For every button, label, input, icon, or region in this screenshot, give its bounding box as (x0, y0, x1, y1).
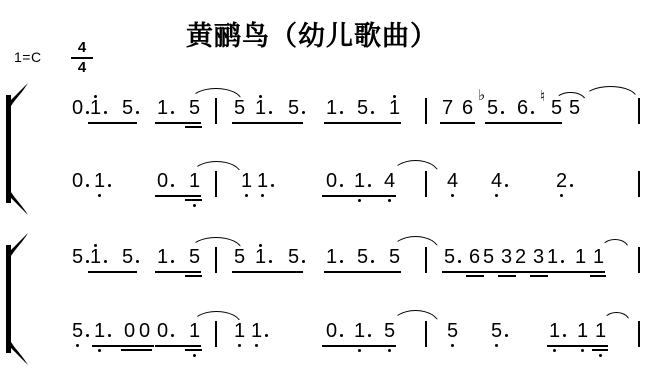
duration-underline (324, 271, 401, 273)
note-digit: 5 (122, 98, 133, 118)
octave-dot-above (94, 95, 97, 98)
augmentation-dot (269, 260, 272, 263)
octave-dot-below (76, 344, 79, 347)
note-digit: 1 (241, 171, 252, 191)
duration-underline (530, 275, 548, 277)
note-digit: 1 (547, 247, 558, 267)
octave-dot-below (358, 199, 361, 202)
augmentation-dot (531, 111, 534, 114)
note-digit: 1 (354, 321, 365, 341)
tie-slur-arc (392, 310, 439, 324)
note-digit: 5 (234, 247, 245, 267)
bar-line (425, 171, 427, 197)
note-digit: 1 (326, 247, 337, 267)
octave-dot-below (193, 204, 196, 207)
note-digit: 2 (515, 247, 526, 267)
octave-dot-below (238, 344, 241, 347)
bar-line (425, 321, 427, 347)
octave-dot-above (259, 244, 262, 247)
note-digit: 0 (72, 171, 83, 191)
augmentation-dot (570, 184, 573, 187)
note-digit: 7 (442, 98, 453, 118)
octave-dot-below (245, 194, 248, 197)
note-digit: 5 (551, 98, 562, 118)
augmentation-dot (104, 260, 107, 263)
augmentation-dot (368, 334, 371, 337)
octave-dot-below (451, 344, 454, 347)
note-digit: 6 (517, 98, 528, 118)
note-digit: 5 (444, 247, 455, 267)
duration-underline (547, 345, 608, 347)
duration-underline (485, 122, 562, 124)
note-digit: 0 (157, 321, 168, 341)
note-digit: 5 (288, 247, 299, 267)
augmentation-dot (340, 260, 343, 263)
duration-underline (185, 126, 202, 128)
augmentation-dot (108, 184, 111, 187)
octave-dot-below (388, 349, 391, 352)
note-digit: 1 (575, 247, 586, 267)
duration-underline (92, 345, 154, 347)
note-digit: 1 (90, 247, 101, 267)
note-digit: 1 (94, 321, 105, 341)
note-digit: 1 (189, 171, 200, 191)
note-digit: 4 (384, 171, 395, 191)
note-digit: 0 (326, 171, 337, 191)
note-digit: 5 (357, 98, 368, 118)
augmentation-dot (171, 260, 174, 263)
duration-underline (440, 122, 475, 124)
note-digit: 5 (384, 321, 395, 341)
note-digit: 0 (139, 321, 150, 341)
note-digit: 5 (189, 98, 200, 118)
note-digit: 3 (501, 247, 512, 267)
note-digit: 1 (94, 171, 105, 191)
note-digit: 1 (255, 247, 266, 267)
note-digit: 3 (533, 247, 544, 267)
augmentation-dot (561, 260, 564, 263)
duration-underline (155, 345, 201, 347)
duration-underline (185, 275, 202, 277)
augmentation-dot (340, 111, 343, 114)
note-digit: 4 (491, 171, 502, 191)
octave-dot-below (451, 194, 454, 197)
duration-underline (155, 122, 201, 124)
note-digit: 1 (549, 321, 560, 341)
bar-line (215, 98, 217, 124)
duration-underline (324, 122, 401, 124)
note-digit: 5 (491, 321, 502, 341)
note-digit: 0 (72, 98, 83, 118)
augmentation-dot (501, 111, 504, 114)
sheet-music-page: 1=C 4 4 黄鹂鸟（幼儿歌曲） 0151551515176565501011… (0, 0, 649, 368)
system-bracket-icon (2, 233, 30, 365)
note-digit: 5 (483, 247, 494, 267)
duration-underline (121, 349, 152, 351)
duration-underline (185, 199, 202, 201)
octave-dot-below (495, 344, 498, 347)
note-digit: 5 (447, 321, 458, 341)
tie-slur-arc (392, 236, 439, 250)
bar-line (215, 171, 217, 197)
score-area: 0151551515176565501011101444251515515155… (0, 0, 649, 368)
note-digit: 5 (122, 247, 133, 267)
augmentation-dot (104, 111, 107, 114)
augmentation-dot (302, 111, 305, 114)
note-digit: 5 (72, 321, 83, 341)
octave-dot-below (581, 349, 584, 352)
octave-dot-below (388, 199, 391, 202)
duration-underline (155, 195, 201, 197)
note-digit: 1 (577, 321, 588, 341)
augmentation-dot (136, 111, 139, 114)
note-digit: 1 (593, 247, 604, 267)
duration-underline (498, 275, 516, 277)
note-digit: 0 (124, 321, 135, 341)
tie-slur-arc (584, 86, 637, 98)
note-digit: 5 (288, 98, 299, 118)
octave-dot-below (495, 194, 498, 197)
note-digit: 1 (389, 98, 400, 118)
flat-accidental-icon: ♭ (478, 88, 485, 103)
tie-slur-arc (603, 312, 630, 322)
tie-slur-arc (192, 161, 241, 174)
augmentation-dot (108, 334, 111, 337)
augmentation-dot (563, 334, 566, 337)
augmentation-dot (271, 184, 274, 187)
augmentation-dot (458, 260, 461, 263)
augmentation-dot (340, 184, 343, 187)
duration-underline (442, 271, 605, 273)
octave-dot-below (255, 344, 258, 347)
bar-line (638, 171, 640, 197)
note-digit: 1 (595, 321, 606, 341)
octave-dot-below (553, 349, 556, 352)
system-bracket-icon (2, 83, 30, 215)
augmentation-dot (340, 334, 343, 337)
octave-dot-below (560, 194, 563, 197)
augmentation-dot (371, 260, 374, 263)
bar-line (425, 247, 427, 273)
bar-line (638, 321, 640, 347)
augmentation-dot (86, 111, 89, 114)
bar-line (638, 247, 640, 273)
octave-dot-below (98, 349, 101, 352)
augmentation-dot (86, 260, 89, 263)
duration-underline (88, 271, 137, 273)
note-digit: 0 (326, 321, 337, 341)
augmentation-dot (368, 184, 371, 187)
duration-underline (322, 345, 396, 347)
note-digit: 1 (157, 247, 168, 267)
octave-dot-above (393, 95, 396, 98)
note-digit: 5 (72, 247, 83, 267)
augmentation-dot (505, 334, 508, 337)
note-digit: 1 (157, 98, 168, 118)
duration-underline (185, 349, 202, 351)
octave-dot-below (98, 194, 101, 197)
tie-slur-arc (192, 311, 241, 324)
natural-accidental-icon: ♮ (540, 89, 545, 104)
note-digit: 6 (462, 98, 473, 118)
note-digit: 5 (569, 98, 580, 118)
note-digit: 5 (189, 247, 200, 267)
augmentation-dot (269, 111, 272, 114)
octave-dot-below (193, 354, 196, 357)
note-digit: 1 (234, 321, 245, 341)
note-digit: 1 (90, 98, 101, 118)
augmentation-dot (171, 184, 174, 187)
note-digit: 1 (354, 171, 365, 191)
note-digit: 1 (251, 321, 262, 341)
augmentation-dot (371, 111, 374, 114)
octave-dot-above (94, 244, 97, 247)
note-digit: 6 (469, 247, 480, 267)
tie-slur-arc (601, 239, 629, 249)
duration-underline (466, 275, 484, 277)
octave-dot-below (261, 194, 264, 197)
note-digit: 5 (234, 98, 245, 118)
duration-underline (232, 122, 303, 124)
octave-dot-below (599, 354, 602, 357)
note-digit: 2 (556, 171, 567, 191)
octave-dot-above (259, 95, 262, 98)
note-digit: 5 (487, 98, 498, 118)
note-digit: 5 (357, 247, 368, 267)
tie-slur-arc (555, 92, 586, 101)
augmentation-dot (302, 260, 305, 263)
duration-underline (592, 349, 608, 351)
note-digit: 5 (389, 247, 400, 267)
duration-underline (155, 271, 201, 273)
augmentation-dot (86, 184, 89, 187)
bar-line (425, 98, 427, 124)
augmentation-dot (265, 334, 268, 337)
bar-line (215, 247, 217, 273)
note-digit: 1 (326, 98, 337, 118)
augmentation-dot (171, 334, 174, 337)
tie-slur-arc (392, 160, 439, 174)
note-digit: 1 (189, 321, 200, 341)
note-digit: 0 (157, 171, 168, 191)
bar-line (215, 321, 217, 347)
tie-slur-arc (190, 88, 242, 101)
duration-underline (590, 275, 606, 277)
duration-underline (322, 195, 396, 197)
augmentation-dot (505, 184, 508, 187)
note-digit: 1 (255, 98, 266, 118)
octave-dot-below (358, 349, 361, 352)
augmentation-dot (171, 111, 174, 114)
note-digit: 4 (447, 171, 458, 191)
duration-underline (232, 271, 303, 273)
bar-line (638, 98, 640, 124)
duration-underline (88, 122, 137, 124)
augmentation-dot (86, 334, 89, 337)
tie-slur-arc (190, 237, 242, 250)
note-digit: 1 (257, 171, 268, 191)
augmentation-dot (136, 260, 139, 263)
